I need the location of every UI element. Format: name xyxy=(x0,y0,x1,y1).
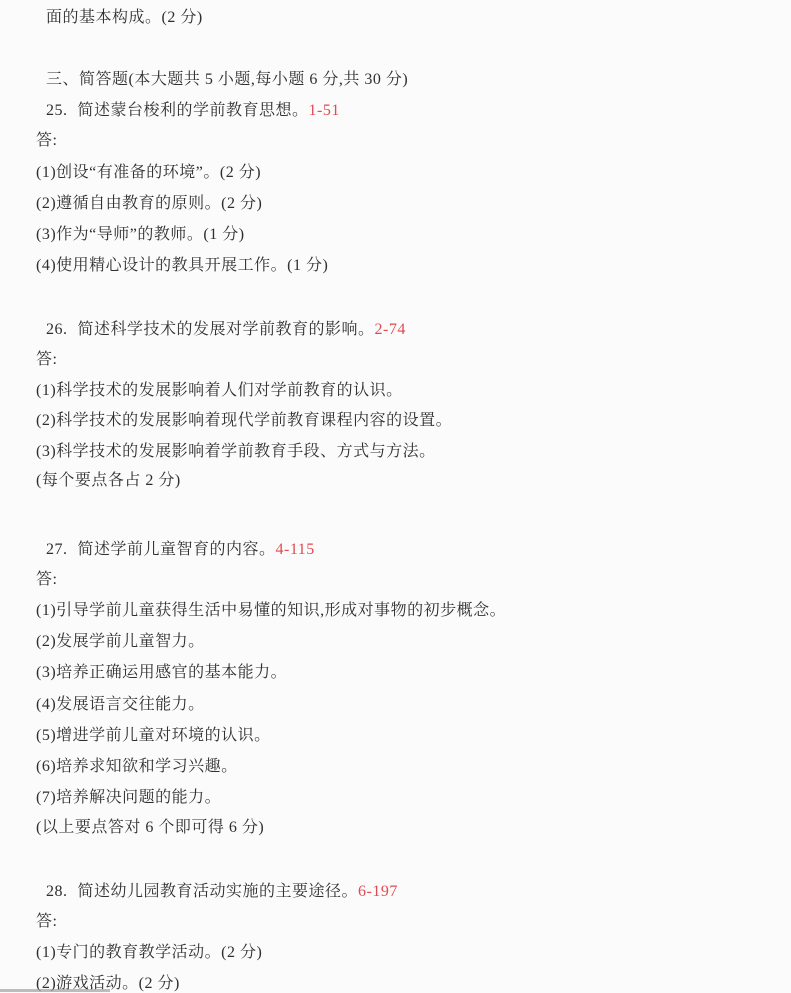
question-number: 25. xyxy=(46,102,68,119)
question-number: 27. xyxy=(46,541,68,558)
page-ref: 6-197 xyxy=(358,883,398,900)
question-27-line: 27.简述学前儿童智育的内容。4-115 xyxy=(46,540,315,560)
page-ref: 2-74 xyxy=(375,321,406,338)
scoring-note: (每个要点各占 2 分) xyxy=(36,471,181,491)
question-number: 28. xyxy=(46,883,68,900)
question-number: 26. xyxy=(46,321,68,338)
answer-point: (1)创设“有准备的环境”。(2 分) xyxy=(36,163,261,183)
question-stem: 简述幼儿园教育活动实施的主要途径。 xyxy=(78,883,359,900)
answer-point: (1)专门的教育教学活动。(2 分) xyxy=(36,943,262,963)
answer-point: (2)发展学前儿童智力。 xyxy=(36,632,205,652)
question-stem: 简述蒙台梭利的学前教育思想。 xyxy=(78,102,309,119)
answer-point: (3)作为“导师”的教师。(1 分) xyxy=(36,225,245,245)
page-ref: 1-51 xyxy=(309,102,340,119)
answer-point: (1)引导学前儿童获得生活中易懂的知识,形成对事物的初步概念。 xyxy=(36,601,506,621)
answer-point: (4)发展语言交往能力。 xyxy=(36,695,205,715)
scoring-note: (以上要点答对 6 个即可得 6 分) xyxy=(36,818,264,838)
answer-point: (2)遵循自由教育的原则。(2 分) xyxy=(36,194,262,214)
intro-tail-text: 面的基本构成。(2 分) xyxy=(46,8,203,28)
answer-label: 答: xyxy=(36,350,57,370)
answer-point: (6)培养求知欲和学习兴趣。 xyxy=(36,757,238,777)
question-28-line: 28.简述幼儿园教育活动实施的主要途径。6-197 xyxy=(46,882,398,902)
answer-point: (5)增进学前儿童对环境的认识。 xyxy=(36,726,271,746)
answer-point: (1)科学技术的发展影响着人们对学前教育的认识。 xyxy=(36,381,403,401)
answer-point: (2)科学技术的发展影响着现代学前教育课程内容的设置。 xyxy=(36,411,452,431)
answer-label: 答: xyxy=(36,912,57,932)
answer-point: (3)科学技术的发展影响着学前教育手段、方式与方法。 xyxy=(36,442,436,462)
answer-label: 答: xyxy=(36,570,57,590)
question-stem: 简述学前儿童智育的内容。 xyxy=(78,541,276,558)
answer-point: (3)培养正确运用感官的基本能力。 xyxy=(36,663,287,683)
document-page: 面的基本构成。(2 分) 三、简答题(本大题共 5 小题,每小题 6 分,共 3… xyxy=(0,0,791,993)
question-26-line: 26.简述科学技术的发展对学前教育的影响。2-74 xyxy=(46,320,406,340)
answer-label: 答: xyxy=(36,131,57,151)
answer-point: (4)使用精心设计的教具开展工作。(1 分) xyxy=(36,256,328,276)
question-25-line: 25.简述蒙台梭利的学前教育思想。1-51 xyxy=(46,101,340,121)
question-stem: 简述科学技术的发展对学前教育的影响。 xyxy=(78,321,375,338)
page-bottom-edge-artifact xyxy=(0,989,110,992)
answer-point: (7)培养解决问题的能力。 xyxy=(36,788,221,808)
section-heading: 三、简答题(本大题共 5 小题,每小题 6 分,共 30 分) xyxy=(46,70,408,90)
page-ref: 4-115 xyxy=(276,541,315,558)
